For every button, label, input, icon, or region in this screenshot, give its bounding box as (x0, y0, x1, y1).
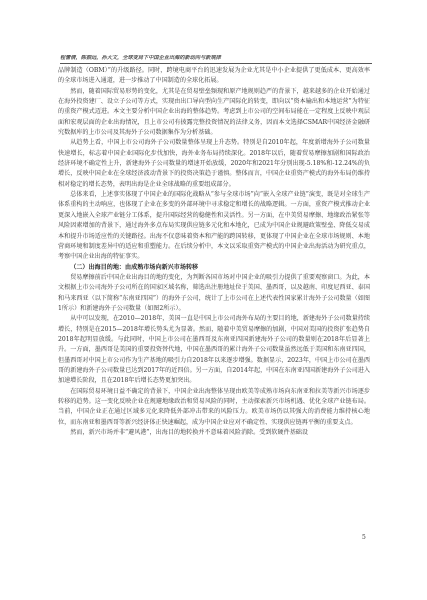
article-body: 品牌制造（OBM）”的升级路径。同时，跨境电商平台的迅速发展为企业尤其是中小企业… (58, 66, 370, 438)
section-paragraph-2: 从中可以发现，在2010—2018年，美国一直是中国上市公司海外布局的主要目的地… (58, 314, 370, 386)
section-paragraph-3: 在国际贸易环境日益不确定的背景下，中国企业出海整体呈现由欧美等成熟市场向东南亚和… (58, 387, 370, 428)
paragraph-4: 总体来看，上述事实体现了中国企业的国际化战略从“参与全球市场”向“嵌入全球产业链… (58, 190, 370, 262)
paragraph-1: 品牌制造（OBM）”的升级路径。同时，跨境电商平台的迅速发展为企业尤其是中小企业… (58, 66, 370, 87)
paragraph-3: 从趋势上看，中国上市公司海外子公司数量整体呈现上升态势。特别是自2010年起，年… (58, 138, 370, 190)
paragraph-2: 然而，随着国际贸易形势的变化，尤其是在贸易壁垒频现和原产地规则趋严的背景下，越来… (58, 87, 370, 139)
section-heading: （二）出海目的地：由成熟市场向新兴市场转移 (58, 263, 370, 273)
running-header: 程蕾倩，陈振远，孙大文，全球变局下中国企业出海的新动向与新规律 (60, 55, 372, 64)
page-number: 5 (362, 534, 366, 541)
section-paragraph-4: 然而，新兴市场并非“避风港”，出海目的地转换并不意味着风险消除。受到软硬件基础设 (58, 428, 370, 438)
section-paragraph-1: 贸易摩擦前后中国企业出海目的地的变化，为判断各国市场对中国企业的吸引力提供了重要… (58, 273, 370, 314)
